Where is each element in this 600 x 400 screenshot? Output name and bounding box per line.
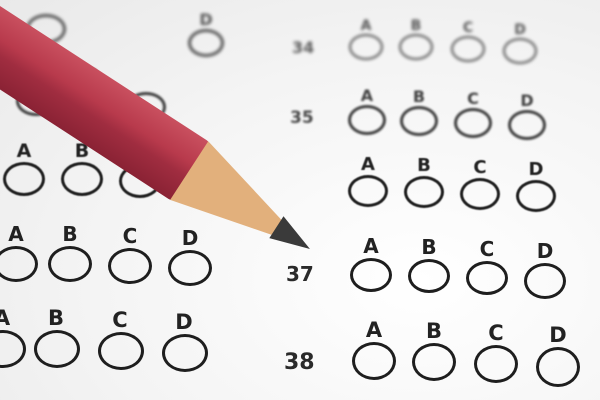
bubble	[516, 180, 556, 212]
option-label: A	[0, 306, 24, 330]
option-label: A	[2, 140, 46, 162]
option-label: C	[458, 157, 502, 178]
bubble	[466, 261, 508, 295]
option-label: D	[514, 159, 558, 180]
option-label: C	[448, 20, 488, 36]
bubble	[408, 259, 450, 293]
bubble	[108, 248, 152, 284]
option-label: A	[346, 154, 390, 175]
option-label: B	[396, 18, 436, 34]
bubble	[48, 246, 92, 282]
bubble	[162, 334, 208, 372]
bubble	[350, 258, 392, 292]
bubble	[348, 105, 386, 135]
answer-sheet-photo: D A B A B C D A B C D A B C D 34 A B C D…	[0, 0, 600, 400]
bubble	[536, 347, 580, 387]
option-label: C	[98, 308, 142, 332]
bubble	[399, 34, 433, 60]
bubble	[348, 175, 388, 207]
option-label: C	[108, 224, 152, 248]
question-number: 34	[292, 38, 314, 57]
bubble	[460, 178, 500, 210]
bubble	[503, 38, 537, 64]
bubble	[404, 176, 444, 208]
option-label: D	[506, 91, 548, 110]
option-label: C	[464, 237, 510, 261]
bubble	[352, 342, 396, 380]
bubble	[451, 36, 485, 62]
option-label: A	[346, 86, 388, 105]
bubble	[412, 343, 456, 381]
bubble	[98, 332, 144, 370]
bubble	[34, 330, 80, 368]
bubble	[61, 162, 103, 196]
option-label: B	[410, 319, 458, 343]
option-label: B	[48, 222, 92, 246]
option-label: B	[406, 235, 452, 259]
option-label: B	[34, 306, 78, 330]
option-label: C	[452, 89, 494, 108]
option-label: A	[0, 222, 38, 246]
option-label: B	[402, 155, 446, 176]
bubble	[454, 108, 492, 138]
bubble	[474, 345, 518, 383]
option-label: D	[534, 323, 582, 347]
bubble	[3, 162, 45, 196]
bubble	[508, 110, 546, 140]
option-label: A	[346, 18, 386, 34]
option-label: D	[522, 239, 568, 263]
bubble	[168, 250, 212, 286]
option-label: C	[472, 321, 520, 345]
bubble	[524, 263, 566, 299]
bubble	[349, 34, 383, 60]
bubble	[400, 106, 438, 136]
option-label: B	[398, 87, 440, 106]
option-label: A	[348, 234, 394, 258]
option-label: A	[350, 318, 398, 342]
question-number: 38	[284, 350, 315, 375]
bubble	[0, 246, 38, 282]
bubble	[188, 29, 224, 57]
option-label: D	[168, 226, 212, 250]
option-label: D	[162, 310, 206, 334]
option-label: D	[500, 22, 540, 38]
question-number: 35	[290, 108, 314, 128]
bubble	[0, 330, 26, 368]
option-label: D	[186, 10, 226, 29]
